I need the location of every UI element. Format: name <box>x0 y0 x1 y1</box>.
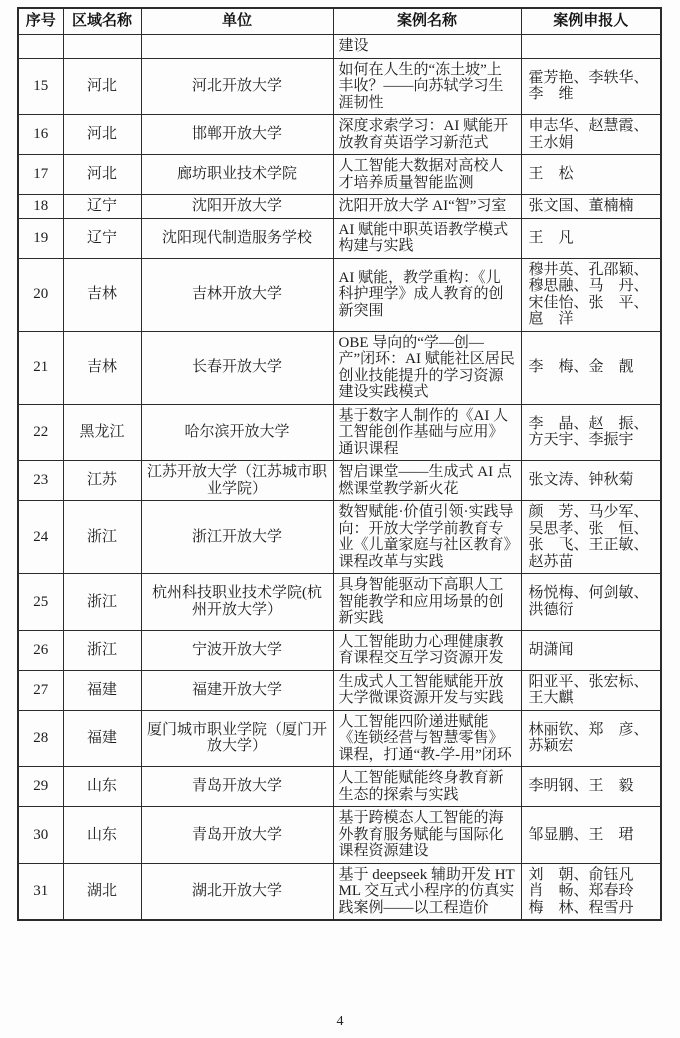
cell-no: 25 <box>18 574 63 631</box>
cell-no: 24 <box>18 501 63 574</box>
table-row: 27福建福建开放大学生成式人工智能赋能开放大学微课资源开发与实践阳亚平、张宏标、… <box>18 670 661 710</box>
cell-region: 浙江 <box>63 501 141 574</box>
cell-case-name: 基于数字人制作的《AI 人工智能创作基础与应用》通识课程 <box>333 404 521 461</box>
cell-unit <box>141 35 333 59</box>
cell-unit: 邯郸开放大学 <box>141 115 333 155</box>
cell-region: 吉林 <box>63 258 141 331</box>
cell-region: 江苏 <box>63 461 141 501</box>
cell-applicants: 李明钢、王 毅 <box>521 767 661 807</box>
cell-case-name: 人工智能大数据对高校人才培养质量智能监测 <box>333 155 521 195</box>
table-row: 19辽宁沈阳现代制造服务学校AI 赋能中职英语教学模式构建与实践王 凡 <box>18 218 661 258</box>
col-header-applicants: 案例申报人 <box>521 8 661 35</box>
cell-applicants: 杨悦梅、何剑敏、洪德衍 <box>521 574 661 631</box>
cell-case-name: 深度求索学习：AI 赋能开放教育英语学习新范式 <box>333 115 521 155</box>
cell-no: 19 <box>18 218 63 258</box>
table-row: 24浙江浙江开放大学数智赋能·价值引领·实践导向：开放大学学前教育专业《儿童家庭… <box>18 501 661 574</box>
cell-region: 山东 <box>63 767 141 807</box>
cell-region: 黑龙江 <box>63 404 141 461</box>
col-header-case: 案例名称 <box>333 8 521 35</box>
cell-no: 17 <box>18 155 63 195</box>
cell-region: 湖北 <box>63 863 141 920</box>
case-table: 序号 区域名称 单位 案例名称 案例申报人 建设15河北河北开放大学如何在人生的… <box>17 7 662 921</box>
cell-region: 吉林 <box>63 331 141 404</box>
cell-case-name: AI 赋能中职英语教学模式构建与实践 <box>333 218 521 258</box>
col-header-region: 区域名称 <box>63 8 141 35</box>
cell-region <box>63 35 141 59</box>
cell-no: 22 <box>18 404 63 461</box>
cell-no: 15 <box>18 58 63 115</box>
cell-unit: 沈阳现代制造服务学校 <box>141 218 333 258</box>
cell-applicants: 王 松 <box>521 155 661 195</box>
cell-no <box>18 35 63 59</box>
cell-unit: 江苏开放大学（江苏城市职业学院） <box>141 461 333 501</box>
document-page: 序号 区域名称 单位 案例名称 案例申报人 建设15河北河北开放大学如何在人生的… <box>0 0 680 1038</box>
cell-unit: 哈尔滨开放大学 <box>141 404 333 461</box>
cell-region: 浙江 <box>63 574 141 631</box>
table-row: 25浙江杭州科技职业技术学院(杭州开放大学）具身智能驱动下高职人工智能教学和应用… <box>18 574 661 631</box>
cell-applicants <box>521 35 661 59</box>
cell-applicants: 颜 芳、马少军、吴思孝、张 恒、张 飞、王正敏、赵苏苗 <box>521 501 661 574</box>
cell-unit: 宁波开放大学 <box>141 630 333 670</box>
table-row: 30山东青岛开放大学基于跨模态人工智能的海外教育服务赋能与国际化课程资源建设邹显… <box>18 807 661 864</box>
cell-unit: 福建开放大学 <box>141 670 333 710</box>
cell-no: 16 <box>18 115 63 155</box>
cell-applicants: 张文涛、钟秋菊 <box>521 461 661 501</box>
cell-unit: 沈阳开放大学 <box>141 195 333 219</box>
cell-no: 31 <box>18 863 63 920</box>
cell-case-name: OBE 导向的“学—创—产”闭环：AI 赋能社区居民创业技能提升的学习资源建设实… <box>333 331 521 404</box>
cell-region: 河北 <box>63 58 141 115</box>
table-row: 29山东青岛开放大学人工智能赋能终身教育新生态的探索与实践李明钢、王 毅 <box>18 767 661 807</box>
cell-applicants: 刘 朝、俞钰凡 肖 畅、郑春玲 梅 林、程雪丹 <box>521 863 661 920</box>
cell-unit: 杭州科技职业技术学院(杭州开放大学） <box>141 574 333 631</box>
cell-applicants: 邹显鹏、王 珺 <box>521 807 661 864</box>
table-row: 16河北邯郸开放大学深度求索学习：AI 赋能开放教育英语学习新范式申志华、赵慧霞… <box>18 115 661 155</box>
cell-applicants: 胡潇闻 <box>521 630 661 670</box>
table-row: 26浙江宁波开放大学人工智能助力心理健康教育课程交互学习资源开发胡潇闻 <box>18 630 661 670</box>
cell-case-name: 生成式人工智能赋能开放大学微课资源开发与实践 <box>333 670 521 710</box>
col-header-no: 序号 <box>18 8 63 35</box>
cell-no: 27 <box>18 670 63 710</box>
cell-region: 河北 <box>63 115 141 155</box>
cell-unit: 长春开放大学 <box>141 331 333 404</box>
cell-unit: 浙江开放大学 <box>141 501 333 574</box>
table-row: 23江苏江苏开放大学（江苏城市职业学院）智启课堂——生成式 AI 点燃课堂教学新… <box>18 461 661 501</box>
cell-case-name: 智启课堂——生成式 AI 点燃课堂教学新火花 <box>333 461 521 501</box>
cell-unit: 廊坊职业技术学院 <box>141 155 333 195</box>
cell-applicants: 穆井英、孔邵颖、穆思融、马 丹、宋佳怡、张 平、扈 洋 <box>521 258 661 331</box>
cell-case-name: 基于 deepseek 辅助开发 HTML 交互式小程序的仿真实践案例——以工程… <box>333 863 521 920</box>
cell-no: 20 <box>18 258 63 331</box>
cell-unit: 湖北开放大学 <box>141 863 333 920</box>
table-row: 17河北廊坊职业技术学院人工智能大数据对高校人才培养质量智能监测王 松 <box>18 155 661 195</box>
cell-applicants: 阳亚平、张宏标、王大麒 <box>521 670 661 710</box>
cell-applicants: 林丽钦、郑 彦、苏颖宏 <box>521 710 661 767</box>
cell-no: 29 <box>18 767 63 807</box>
cell-case-name: 具身智能驱动下高职人工智能教学和应用场景的创新实践 <box>333 574 521 631</box>
cell-region: 山东 <box>63 807 141 864</box>
table-row: 15河北河北开放大学如何在人生的“冻土坡”上丰收？——向苏轼学习生涯韧性霍芳艳、… <box>18 58 661 115</box>
cell-applicants: 霍芳艳、李轶华、李 维 <box>521 58 661 115</box>
cell-case-name: 人工智能助力心理健康教育课程交互学习资源开发 <box>333 630 521 670</box>
cell-region: 河北 <box>63 155 141 195</box>
cell-no: 28 <box>18 710 63 767</box>
table-row: 建设 <box>18 35 661 59</box>
cell-case-name: 如何在人生的“冻土坡”上丰收？——向苏轼学习生涯韧性 <box>333 58 521 115</box>
cell-region: 福建 <box>63 670 141 710</box>
table-row: 22黑龙江哈尔滨开放大学基于数字人制作的《AI 人工智能创作基础与应用》通识课程… <box>18 404 661 461</box>
cell-applicants: 李 梅、金 靓 <box>521 331 661 404</box>
cell-unit: 吉林开放大学 <box>141 258 333 331</box>
cell-no: 21 <box>18 331 63 404</box>
cell-applicants: 申志华、赵慧霞、王水娟 <box>521 115 661 155</box>
cell-unit: 河北开放大学 <box>141 58 333 115</box>
table-row: 20吉林吉林开放大学AI 赋能，教学重构：《儿科护理学》成人教育的创新突围穆井英… <box>18 258 661 331</box>
cell-unit: 青岛开放大学 <box>141 807 333 864</box>
cell-case-name: 沈阳开放大学 AI“智”习室 <box>333 195 521 219</box>
table-header-row: 序号 区域名称 单位 案例名称 案例申报人 <box>18 8 661 35</box>
cell-region: 浙江 <box>63 630 141 670</box>
cell-region: 辽宁 <box>63 218 141 258</box>
cell-unit: 青岛开放大学 <box>141 767 333 807</box>
table-row: 21吉林长春开放大学OBE 导向的“学—创—产”闭环：AI 赋能社区居民创业技能… <box>18 331 661 404</box>
cell-case-name: 基于跨模态人工智能的海外教育服务赋能与国际化课程资源建设 <box>333 807 521 864</box>
cell-case-name: AI 赋能，教学重构：《儿科护理学》成人教育的创新突围 <box>333 258 521 331</box>
table-row: 18辽宁沈阳开放大学沈阳开放大学 AI“智”习室张文国、董楠楠 <box>18 195 661 219</box>
col-header-unit: 单位 <box>141 8 333 35</box>
table-row: 31湖北湖北开放大学基于 deepseek 辅助开发 HTML 交互式小程序的仿… <box>18 863 661 920</box>
cell-applicants: 李 晶、赵 振、方天宇、李振宇 <box>521 404 661 461</box>
cell-applicants: 张文国、董楠楠 <box>521 195 661 219</box>
cell-case-name: 人工智能四阶递进赋能《连锁经营与智慧零售》课程，打通“教-学-用”闭环 <box>333 710 521 767</box>
cell-case-name: 建设 <box>333 35 521 59</box>
page-number: 4 <box>0 1014 680 1030</box>
cell-no: 26 <box>18 630 63 670</box>
cell-no: 18 <box>18 195 63 219</box>
table-row: 28福建厦门城市职业学院（厦门开放大学）人工智能四阶递进赋能《连锁经营与智慧零售… <box>18 710 661 767</box>
cell-case-name: 人工智能赋能终身教育新生态的探索与实践 <box>333 767 521 807</box>
cell-region: 辽宁 <box>63 195 141 219</box>
cell-no: 30 <box>18 807 63 864</box>
cell-no: 23 <box>18 461 63 501</box>
cell-applicants: 王 凡 <box>521 218 661 258</box>
cell-region: 福建 <box>63 710 141 767</box>
cell-unit: 厦门城市职业学院（厦门开放大学） <box>141 710 333 767</box>
cell-case-name: 数智赋能·价值引领·实践导向：开放大学学前教育专业《儿童家庭与社区教育》课程改革… <box>333 501 521 574</box>
